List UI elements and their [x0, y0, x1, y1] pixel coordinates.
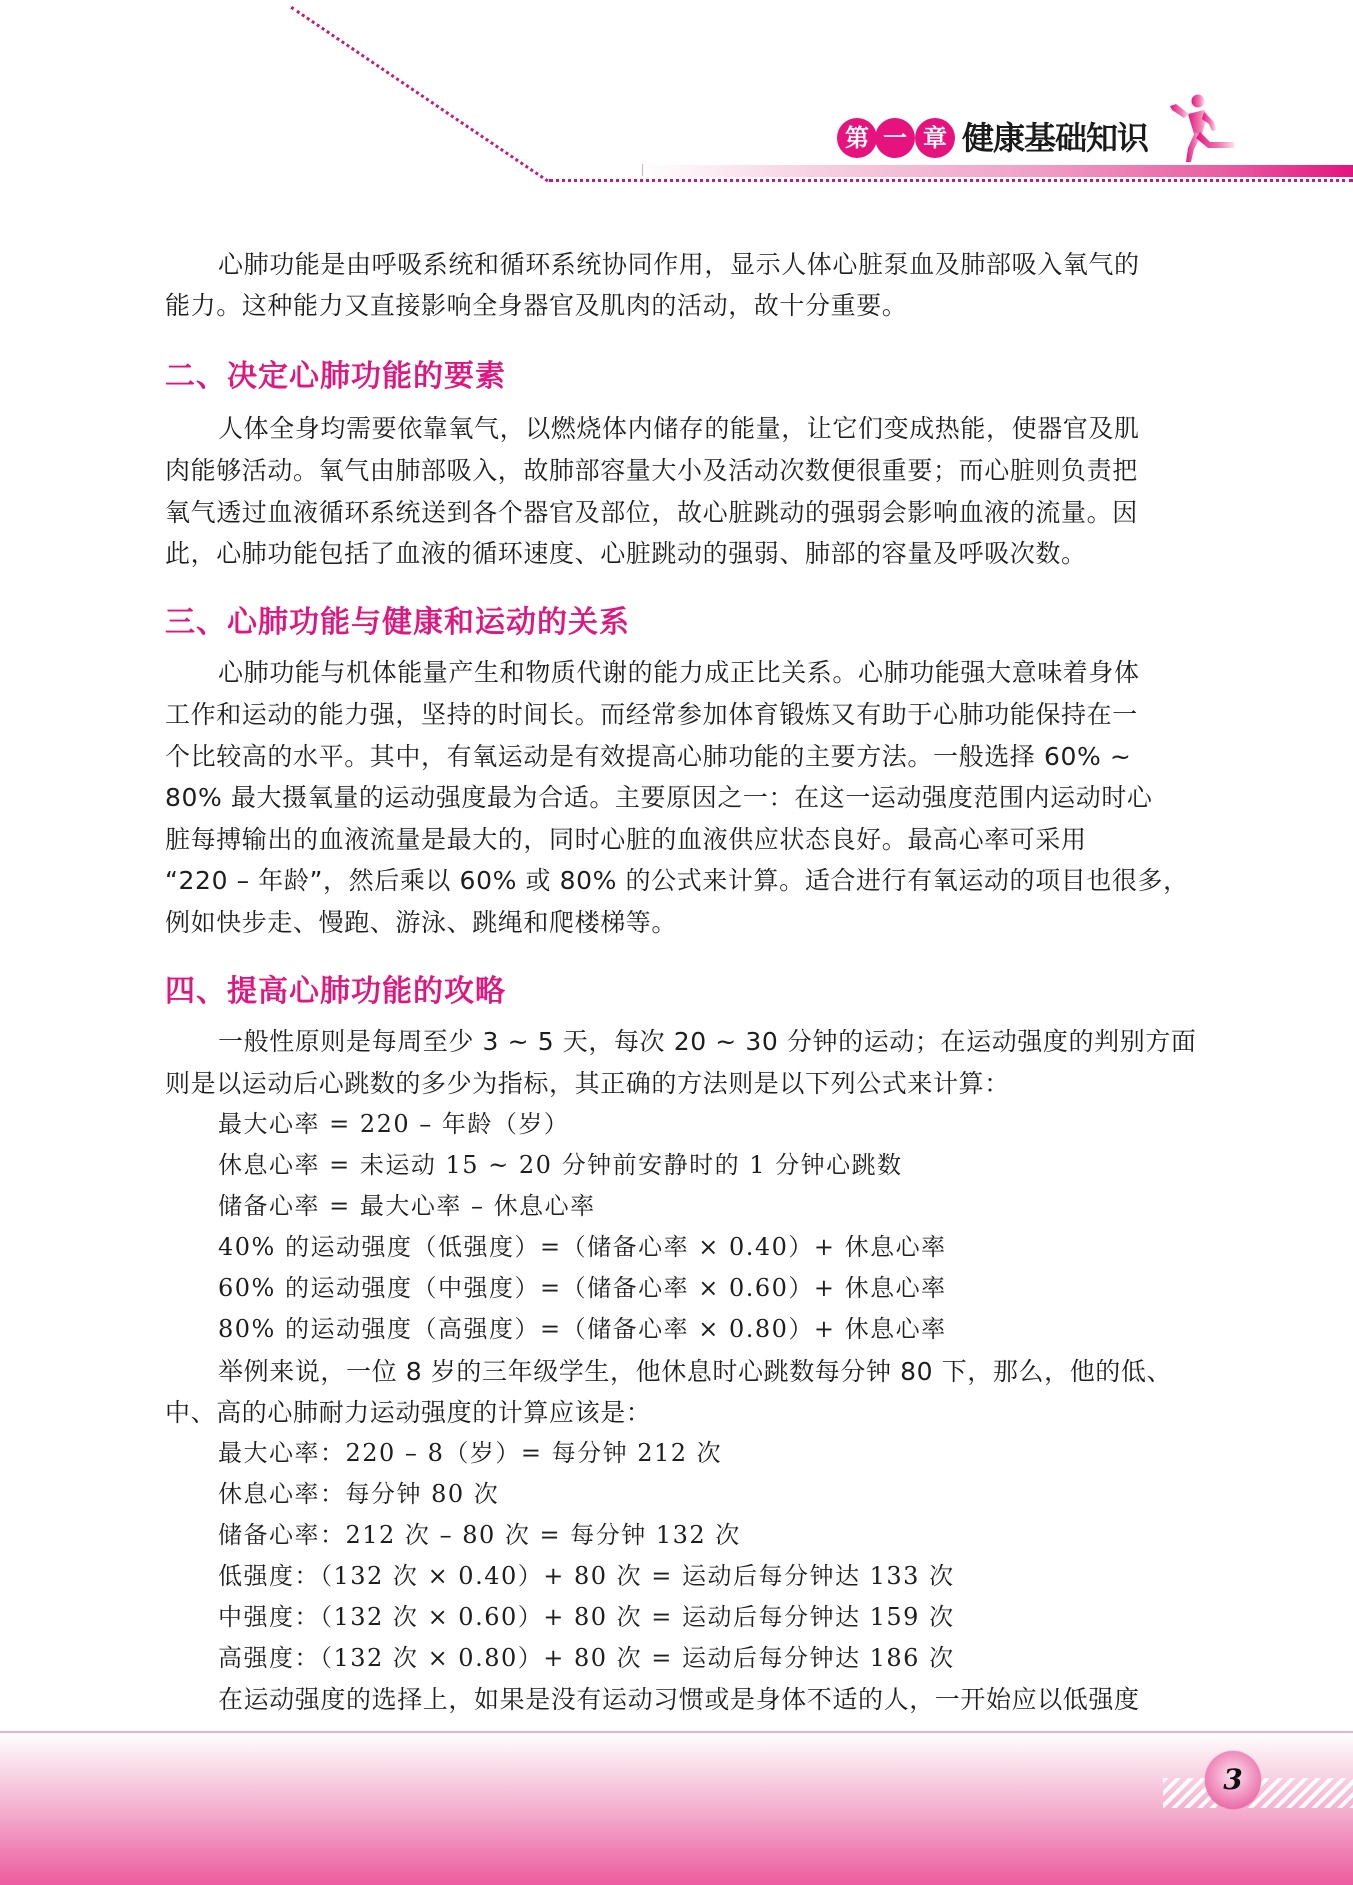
section-heading: 四、提高心肺功能的攻略 [165, 973, 506, 1011]
footer-gradient-band [0, 1733, 1353, 1885]
intro-line: 能力。这种能力又直接影响全身器官及肌肉的活动，故十分重要。 [165, 291, 1205, 321]
example-formula-line: 中强度：（132 次 × 0.60）+ 80 次 = 运动后每分钟达 159 次 [218, 1602, 1258, 1632]
footer-rule [0, 1731, 1353, 1733]
header-gradient-bar [643, 165, 1353, 177]
formula-line: 60% 的运动强度（中强度）=（储备心率 × 0.60）+ 休息心率 [218, 1273, 1258, 1303]
formula-line: 80% 的运动强度（高强度）=（储备心率 × 0.80）+ 休息心率 [218, 1314, 1258, 1344]
section-heading: 三、心肺功能与健康和运动的关系 [165, 604, 630, 642]
header-dotted-rule [549, 179, 1353, 182]
paragraph-line: 中、高的心肺耐力运动强度的计算应该是： [165, 1398, 1205, 1428]
chapter-badge-zhang: 章 [915, 118, 955, 158]
paragraph-line: 80% 最大摄氧量的运动强度最为合适。主要原因之一：在这一运动强度范围内运动时心 [165, 783, 1205, 813]
paragraph-line: 例如快步走、慢跑、游泳、跳绳和爬楼梯等。 [165, 908, 1205, 938]
header-diagonal-dotted-line [290, 6, 548, 182]
paragraph-line: 工作和运动的能力强，坚持的时间长。而经常参加体育锻炼又有助于心肺功能保持在一 [165, 700, 1205, 730]
paragraph-line: 氧气透过血液循环系统送到各个器官及部位，故心脏跳动的强弱会影响血液的流量。因 [165, 498, 1205, 528]
page-number-badge: 3 [1205, 1751, 1261, 1809]
chapter-title: 健康基础知识 [962, 117, 1148, 159]
paragraph-line: 在运动强度的选择上，如果是没有运动习惯或是身体不适的人，一开始应以低强度 [218, 1685, 1208, 1715]
paragraph-line: “220 – 年龄”，然后乘以 60% 或 80% 的公式来计算。适合进行有氧运… [165, 866, 1205, 896]
paragraph-line: 此，心肺功能包括了血液的循环速度、心脏跳动的强弱、肺部的容量及呼吸次数。 [165, 539, 1205, 569]
formula-line: 储备心率 = 最大心率 – 休息心率 [218, 1191, 1258, 1221]
intro-line: 心肺功能是由呼吸系统和循环系统协同作用，显示人体心脏泵血及肺部吸入氧气的 [218, 250, 1208, 280]
paragraph-line: 个比较高的水平。其中，有氧运动是有效提高心肺功能的主要方法。一般选择 60% ~ [165, 742, 1205, 772]
chapter-badge-number: 一 [875, 118, 915, 158]
book-page: 第 一 章 健康基础知识 心肺功能是由呼吸系统和循环系统协同作用，显示人体心脏泵… [0, 0, 1353, 1885]
chapter-badge-di: 第 [837, 118, 877, 158]
formula-line: 40% 的运动强度（低强度）=（储备心率 × 0.40）+ 休息心率 [218, 1232, 1258, 1262]
example-formula-line: 高强度：（132 次 × 0.80）+ 80 次 = 运动后每分钟达 186 次 [218, 1643, 1258, 1673]
paragraph-line: 人体全身均需要依靠氧气，以燃烧体内储存的能量，让它们变成热能，使器官及肌 [218, 414, 1208, 444]
paragraph-line: 肉能够活动。氧气由肺部吸入，故肺部容量大小及活动次数便很重要；而心脏则负责把 [165, 456, 1205, 486]
running-figure-icon [1158, 92, 1238, 164]
example-formula-line: 休息心率：每分钟 80 次 [218, 1479, 1258, 1509]
example-formula-line: 低强度：（132 次 × 0.40）+ 80 次 = 运动后每分钟达 133 次 [218, 1561, 1258, 1591]
paragraph-line: 心肺功能与机体能量产生和物质代谢的能力成正比关系。心肺功能强大意味着身体 [218, 658, 1208, 688]
paragraph-line: 举例来说，一位 8 岁的三年级学生，他休息时心跳数每分钟 80 下，那么，他的低… [218, 1357, 1208, 1387]
paragraph-line: 一般性原则是每周至少 3 ~ 5 天，每次 20 ~ 30 分钟的运动；在运动强… [218, 1027, 1208, 1057]
paragraph-line: 则是以运动后心跳数的多少为指标，其正确的方法则是以下列公式来计算： [165, 1069, 1205, 1099]
formula-line: 休息心率 = 未运动 15 ~ 20 分钟前安静时的 1 分钟心跳数 [218, 1150, 1258, 1180]
paragraph-line: 脏每搏输出的血液流量是最大的，同时心脏的血液供应状态良好。最高心率可采用 [165, 825, 1205, 855]
example-formula-line: 储备心率：212 次 – 80 次 = 每分钟 132 次 [218, 1520, 1258, 1550]
section-heading: 二、决定心肺功能的要素 [165, 358, 506, 396]
formula-line: 最大心率 = 220 – 年龄（岁） [218, 1109, 1258, 1139]
example-formula-line: 最大心率：220 – 8（岁）= 每分钟 212 次 [218, 1438, 1258, 1468]
